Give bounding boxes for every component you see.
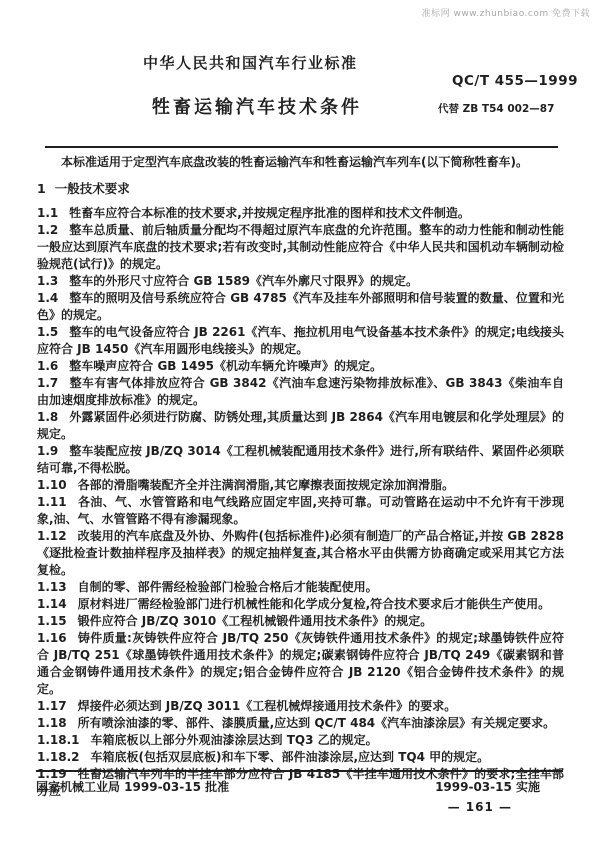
clause-text: 各部的滑脂嘴装配齐全并注满润滑脂,其它摩擦表面按规定涂加润滑脂。 xyxy=(78,478,455,492)
clause-number: 1.16 xyxy=(37,631,67,645)
document-page: 准标网 www.zhunbiao.com 免费下载 中华人民共和国汽车行业标准 … xyxy=(0,0,600,850)
clause: 1.1牲畜车应符合本标准的技术要求,并按规定程序批准的图样和技术文件制造。 xyxy=(37,205,564,222)
clause-number: 1.5 xyxy=(37,325,58,339)
clause: 1.2整车总质量、前后轴质量分配均不得超过原汽车底盘的允许范围。整车的动力性能和… xyxy=(37,222,564,273)
clause: 1.18.1车箱底板以上部分外观油漆涂层达到 TQ3 乙的规定。 xyxy=(37,732,564,749)
clause-text: 外露紧固件必须进行防腐、防锈处理,其质量达到 JB 2864《汽车用电镀层和化学… xyxy=(37,410,564,441)
clause-number: 1.2 xyxy=(37,223,58,237)
clause-list: 1.1牲畜车应符合本标准的技术要求,并按规定程序批准的图样和技术文件制造。 1.… xyxy=(37,205,564,800)
clause: 1.11各油、气、水管管路和电气线路应固定牢固,夹持可靠。可动管路在运动中不允许… xyxy=(37,494,564,528)
section-number: 1 xyxy=(37,181,46,196)
clause: 1.18.2车箱底板(包括双层底板)和车下零、部件油漆涂层,应达到 TQ4 甲的… xyxy=(37,749,564,766)
clause: 1.10各部的滑脂嘴装配齐全并注满润滑脂,其它摩擦表面按规定涂加润滑脂。 xyxy=(37,477,564,494)
clause-text: 锻件应符合 JB/ZQ 3010《工程机械锻件通用技术条件》的规定。 xyxy=(78,614,433,628)
clause-number: 1.18.2 xyxy=(37,750,80,764)
clause-number: 1.9 xyxy=(37,444,58,458)
clause: 1.8外露紧固件必须进行防腐、防锈处理,其质量达到 JB 2864《汽车用电镀层… xyxy=(37,409,564,443)
standard-code: QC/T 455—1999 xyxy=(452,73,578,89)
scope-note: 本标准适用于定型汽车底盘改装的牲畜运输汽车和牲畜运输汽车列车(以下简称牲畜车)。 xyxy=(37,154,564,171)
clause: 1.18所有喷涂油漆的零、部件、漆膜质量,应达到 QC/T 484《汽车油漆涂层… xyxy=(37,715,564,732)
clause-text: 所有喷涂油漆的零、部件、漆膜质量,应达到 QC/T 484《汽车油漆涂层》有关规… xyxy=(78,716,556,730)
clause-number: 1.14 xyxy=(37,597,67,611)
clause-text: 各油、气、水管管路和电气线路应固定牢固,夹持可靠。可动管路在运动中不允许有干涉现… xyxy=(37,495,564,526)
clause-text: 整车装配应按 JB/ZQ 3014《工程机械装配通用技术条件》进行,所有联结件、… xyxy=(37,444,564,475)
clause-text: 整车有害气体排放应符合 GB 3842《汽油车怠速污染物排放标准》、GB 384… xyxy=(37,376,564,407)
clause-text: 整车总质量、前后轴质量分配均不得超过原汽车底盘的允许范围。整车的动力性能和制动性… xyxy=(37,223,564,271)
approval-note: 国家机械工业局 1999-03-15 批准 xyxy=(36,778,229,795)
document-body: 本标准适用于定型汽车底盘改装的牲畜运输汽车和牲畜运输汽车列车(以下简称牲畜车)。… xyxy=(37,154,564,800)
clause-number: 1.18 xyxy=(37,716,67,730)
implementation-note: 1999-03-15 实施 xyxy=(435,778,540,795)
clause-number: 1.3 xyxy=(37,274,58,288)
section-heading: 1一般技术要求 xyxy=(37,180,564,197)
clause-number: 1.4 xyxy=(37,291,58,305)
clause-number: 1.12 xyxy=(37,529,67,543)
clause-number: 1.7 xyxy=(37,376,58,390)
clause-number: 1.10 xyxy=(37,478,67,492)
clause-text: 整车噪声应符合 GB 1495《机动车辆允许噪声》的规定。 xyxy=(69,359,382,373)
clause-number: 1.8 xyxy=(37,410,58,424)
clause: 1.14原材料进厂需经检验部门进行机械性能和化学成分复检,符合技术要求后才能供生… xyxy=(37,596,564,613)
clause: 1.7整车有害气体排放应符合 GB 3842《汽油车怠速污染物排放标准》、GB … xyxy=(37,375,564,409)
clause-text: 整车的外形尺寸应符合 GB 1589《汽车外廓尺寸限界》的规定。 xyxy=(69,274,418,288)
clause-number: 1.17 xyxy=(37,699,67,713)
industry-standard-title: 中华人民共和国汽车行业标准 xyxy=(143,52,358,73)
clause-text: 车箱底板以上部分外观油漆涂层达到 TQ3 乙的规定。 xyxy=(91,733,378,747)
clause: 1.12改装用的汽车底盘及外协、外购件(包括标准件)必须有制造厂的产品合格证,并… xyxy=(37,528,564,579)
clause-text: 整车的照明及信号系统应符合 GB 4785《汽车及挂车外部照明和信号装置的数量、… xyxy=(37,291,564,322)
clause-text: 牲畜车应符合本标准的技术要求,并按规定程序批准的图样和技术文件制造。 xyxy=(69,206,470,220)
clause: 1.16铸件质量:灰铸铁件应符合 JB/TQ 250《灰铸铁件通用技术条件》的规… xyxy=(37,630,564,698)
clause: 1.13自制的零、部件需经检验部门检验合格后才能装配使用。 xyxy=(37,579,564,596)
clause-number: 1.1 xyxy=(37,206,58,220)
clause: 1.6整车噪声应符合 GB 1495《机动车辆允许噪声》的规定。 xyxy=(37,358,564,375)
page-number: — 161 — xyxy=(448,800,512,814)
clause-text: 焊接件必须达到 JB/ZQ 3011《工程机械焊接通用技术条件》的要求。 xyxy=(78,699,457,713)
clause: 1.17焊接件必须达到 JB/ZQ 3011《工程机械焊接通用技术条件》的要求。 xyxy=(37,698,564,715)
clause-text: 车箱底板(包括双层底板)和车下零、部件油漆涂层,应达到 TQ4 甲的规定。 xyxy=(91,750,490,764)
footer-divider xyxy=(36,770,563,772)
clause-text: 原材料进厂需经检验部门进行机械性能和化学成分复检,符合技术要求后才能供生产使用。 xyxy=(78,597,551,611)
clause: 1.9整车装配应按 JB/ZQ 3014《工程机械装配通用技术条件》进行,所有联… xyxy=(37,443,564,477)
replaces-note: 代替 ZB T54 002—87 xyxy=(438,101,554,116)
clause: 1.3整车的外形尺寸应符合 GB 1589《汽车外廓尺寸限界》的规定。 xyxy=(37,273,564,290)
clause-number: 1.15 xyxy=(37,614,67,628)
section-title: 一般技术要求 xyxy=(55,181,130,196)
clause: 1.15锻件应符合 JB/ZQ 3010《工程机械锻件通用技术条件》的规定。 xyxy=(37,613,564,630)
clause-number: 1.6 xyxy=(37,359,58,373)
clause-text: 整车的电气设备应符合 JB 2261《汽车、拖拉机用电气设备基本技术条件》的规定… xyxy=(37,325,564,356)
watermark-text: 准标网 www.zhunbiao.com 免费下载 xyxy=(422,6,590,19)
clause: 1.4整车的照明及信号系统应符合 GB 4785《汽车及挂车外部照明和信号装置的… xyxy=(37,290,564,324)
clause-text: 改装用的汽车底盘及外协、外购件(包括标准件)必须有制造厂的产品合格证,并按 GB… xyxy=(37,529,564,577)
clause-number: 1.11 xyxy=(37,495,67,509)
clause-number: 1.13 xyxy=(37,580,67,594)
header-divider xyxy=(45,146,558,148)
clause-text: 铸件质量:灰铸铁件应符合 JB/TQ 250《灰铸铁件通用技术条件》的规定;球墨… xyxy=(37,631,564,696)
clause-text: 自制的零、部件需经检验部门检验合格后才能装配使用。 xyxy=(78,580,378,594)
clause: 1.5整车的电气设备应符合 JB 2261《汽车、拖拉机用电气设备基本技术条件》… xyxy=(37,324,564,358)
clause-number: 1.18.1 xyxy=(37,733,80,747)
document-title: 牲畜运输汽车技术条件 xyxy=(152,93,362,119)
